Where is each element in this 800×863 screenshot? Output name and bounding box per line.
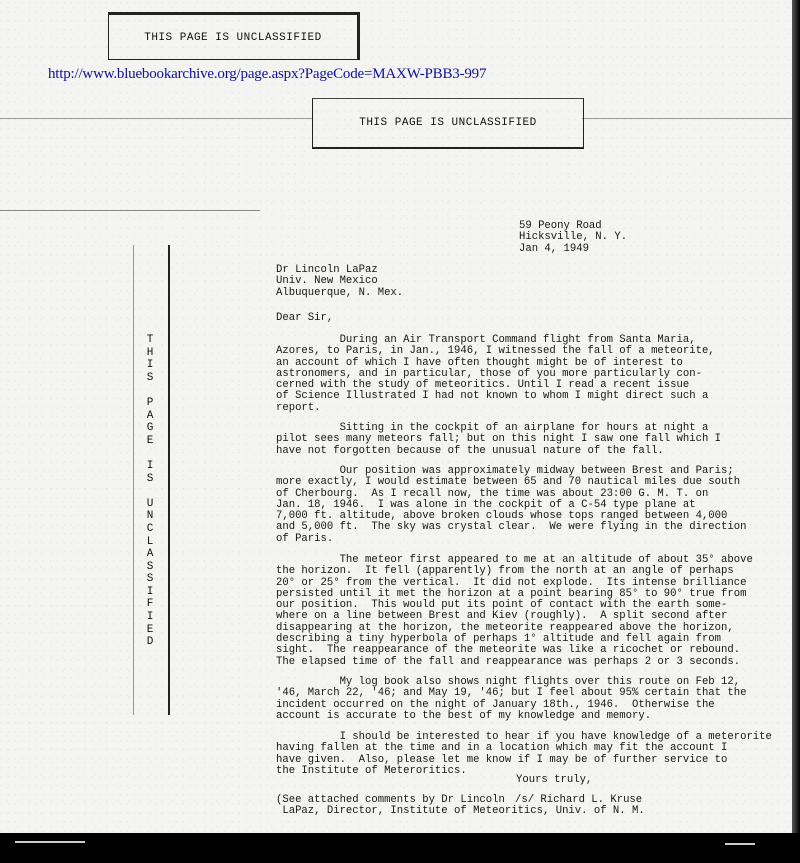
unclassified-stamp-second: THIS PAGE IS UNCLASSIFIED	[312, 98, 584, 149]
divider-line	[582, 118, 792, 119]
letter-paragraph: Our position was approximately midway be…	[276, 466, 706, 545]
unclassified-stamp-top: THIS PAGE IS UNCLASSIFIED	[108, 12, 360, 60]
divider-line	[0, 118, 312, 119]
affiliation-line: LaPaz, Director, Institute of Meteoritic…	[276, 806, 645, 817]
scan-bottom-border	[0, 833, 800, 863]
salutation: Dear Sir,	[276, 313, 333, 324]
letter-paragraph: Sitting in the cockpit of an airplane fo…	[276, 423, 706, 457]
sender-address: 59 Peony Road Hicksville, N. Y. Jan 4, 1…	[519, 221, 627, 255]
divider-line	[0, 210, 260, 211]
unclassified-stamp-second-text: THIS PAGE IS UNCLASSIFIED	[359, 117, 537, 129]
scan-artifact	[725, 843, 755, 845]
archive-url-link[interactable]: http://www.bluebookarchive.org/page.aspx…	[48, 66, 486, 83]
letter-paragraph: During an Air Transport Command flight f…	[276, 335, 706, 414]
letter-paragraph: The meteor first appeared to me at an al…	[276, 555, 706, 668]
closing: Yours truly,	[516, 775, 592, 786]
unclassified-stamp-top-text: THIS PAGE IS UNCLASSIFIED	[144, 32, 322, 44]
scanned-document-page: THIS PAGE IS UNCLASSIFIED http://www.blu…	[0, 0, 792, 833]
recipient-address: Dr Lincoln LaPaz Univ. New Mexico Albuqu…	[276, 265, 403, 299]
side-unclassified-stamp: T H I S P A G E I S U N C L A S S I F I …	[143, 334, 157, 649]
scan-artifact	[15, 841, 85, 843]
letter-paragraph: I should be interested to hear if you ha…	[276, 732, 706, 777]
letter-paragraph: My log book also shows night flights ove…	[276, 677, 706, 722]
scan-edge-shadow	[792, 0, 800, 863]
